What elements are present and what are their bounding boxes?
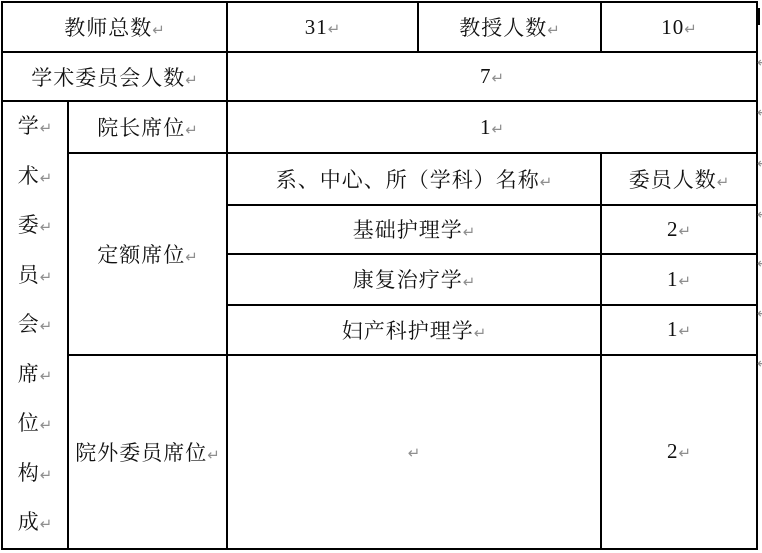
teacher-total-value-cell[interactable]: 31↵ [227, 2, 418, 52]
external-seat-label: 院外委员席位 [75, 441, 207, 465]
vertical-header-char: 位↵ [3, 399, 67, 449]
external-seat-value: 2 [667, 439, 679, 463]
table-row: 学术委员会人数↵ 7↵ [2, 52, 757, 101]
dean-seat-value: 1 [480, 115, 492, 139]
dept-name-cell[interactable]: 基础护理学↵ [227, 205, 601, 254]
document-page: { "marks": { "paragraph": "↵" }, "colors… [0, 0, 762, 553]
dept-name-cell[interactable]: 妇产科护理学↵ [227, 305, 601, 355]
row-end-mark: ↵ [757, 106, 762, 120]
paragraph-mark: ↵ [678, 222, 691, 240]
paragraph-mark: ↵ [185, 71, 198, 89]
paragraph-mark: ↵ [40, 416, 53, 434]
dept-name-cell[interactable]: 康复治疗学↵ [227, 254, 601, 305]
vertical-header-char: 会↵ [3, 300, 67, 350]
paragraph-mark: ↵ [463, 223, 476, 241]
table-row: 定额席位↵ 系、中心、所（学科）名称↵ 委员人数↵ [2, 153, 757, 205]
paragraph-mark: ↵ [207, 446, 220, 464]
professor-value: 10 [661, 15, 684, 39]
vertical-header-char: 席↵ [3, 350, 67, 400]
member-count-header-cell[interactable]: 委员人数↵ [601, 153, 757, 205]
row-end-mark: ↵ [757, 357, 762, 371]
vertical-header-cell[interactable]: 学↵ 术↵ 委↵ 员↵ 会↵ 席↵ 位↵ 构↵ 成↵ [2, 101, 68, 549]
vertical-header-char: 术↵ [3, 152, 67, 202]
vertical-header-char: 学↵ [3, 102, 67, 152]
vertical-header-char: 成↵ [3, 498, 67, 548]
dept-count-cell[interactable]: 2↵ [601, 205, 757, 254]
paragraph-mark: ↵ [40, 268, 53, 286]
vertical-header-char: 构↵ [3, 449, 67, 499]
paragraph-mark: ↵ [40, 119, 53, 137]
paragraph-mark: ↵ [185, 248, 198, 266]
dept-name: 基础护理学 [353, 218, 463, 242]
professor-value-cell[interactable]: 10↵ [601, 2, 757, 52]
row-end-mark: ↵ [757, 56, 762, 70]
paragraph-mark: ↵ [474, 324, 487, 342]
paragraph-mark: ↵ [40, 515, 53, 533]
committee-total-label-cell[interactable]: 学术委员会人数↵ [2, 52, 227, 101]
paragraph-mark: ↵ [40, 218, 53, 236]
vertical-header-char: 员↵ [3, 251, 67, 301]
dept-name-header-cell[interactable]: 系、中心、所（学科）名称↵ [227, 153, 601, 205]
quota-seat-label-cell[interactable]: 定额席位↵ [68, 153, 227, 355]
table-row: 院外委员席位↵ ↵ 2↵ [2, 355, 757, 549]
paragraph-mark: ↵ [491, 120, 504, 138]
paragraph-mark: ↵ [185, 121, 198, 139]
vertical-header-char: 委↵ [3, 201, 67, 251]
text-cursor-mark [758, 8, 760, 25]
dept-name: 康复治疗学 [353, 268, 463, 292]
row-end-mark: ↵ [757, 208, 762, 222]
paragraph-mark: ↵ [491, 69, 504, 87]
external-seat-empty-cell[interactable]: ↵ [227, 355, 601, 549]
paragraph-mark: ↵ [152, 21, 165, 39]
paragraph-mark: ↵ [717, 173, 730, 191]
professor-label: 教授人数 [459, 16, 547, 40]
teacher-total-label-cell[interactable]: 教师总数↵ [2, 2, 227, 52]
committee-composition-table: 教师总数↵ 31↵ 教授人数↵ 10↵ 学术委员会人数↵ 7↵ 学↵ 术↵ 委↵… [1, 1, 758, 550]
dept-count-cell[interactable]: 1↵ [601, 305, 757, 355]
paragraph-mark: ↵ [40, 317, 53, 335]
paragraph-mark: ↵ [678, 444, 691, 462]
committee-total-value-cell[interactable]: 7↵ [227, 52, 757, 101]
paragraph-mark: ↵ [540, 173, 553, 191]
paragraph-mark: ↵ [40, 466, 53, 484]
dean-seat-value-cell[interactable]: 1↵ [227, 101, 757, 153]
paragraph-mark: ↵ [463, 273, 476, 291]
dean-seat-label-cell[interactable]: 院长席位↵ [68, 101, 227, 153]
dept-name: 妇产科护理学 [342, 319, 474, 343]
row-end-mark: ↵ [757, 157, 762, 171]
table-row: 学↵ 术↵ 委↵ 员↵ 会↵ 席↵ 位↵ 构↵ 成↵ 院长席位↵ 1↵ [2, 101, 757, 153]
member-count-header: 委员人数 [629, 168, 717, 192]
paragraph-mark: ↵ [678, 272, 691, 290]
row-end-mark: ↵ [757, 307, 762, 321]
quota-seat-label: 定额席位 [97, 243, 185, 267]
teacher-total-label: 教师总数 [64, 16, 152, 40]
paragraph-mark: ↵ [328, 20, 341, 38]
committee-total-value: 7 [480, 64, 492, 88]
external-seat-value-cell[interactable]: 2↵ [601, 355, 757, 549]
external-seat-label-cell[interactable]: 院外委员席位↵ [68, 355, 227, 549]
committee-total-label: 学术委员会人数 [31, 66, 185, 90]
paragraph-mark: ↵ [678, 322, 691, 340]
professor-label-cell[interactable]: 教授人数↵ [418, 2, 601, 52]
dept-count: 1 [667, 317, 679, 341]
dept-name-header: 系、中心、所（学科）名称 [276, 168, 540, 192]
teacher-total-value: 31 [305, 15, 328, 39]
paragraph-mark: ↵ [547, 21, 560, 39]
paragraph-mark: ↵ [40, 367, 53, 385]
row-end-mark: ↵ [757, 257, 762, 271]
dept-count-cell[interactable]: 1↵ [601, 254, 757, 305]
paragraph-mark: ↵ [408, 444, 421, 462]
paragraph-mark: ↵ [40, 169, 53, 187]
dept-count: 2 [667, 217, 679, 241]
dept-count: 1 [667, 267, 679, 291]
table-row: 教师总数↵ 31↵ 教授人数↵ 10↵ [2, 2, 757, 52]
dean-seat-label: 院长席位 [97, 116, 185, 140]
paragraph-mark: ↵ [684, 20, 697, 38]
